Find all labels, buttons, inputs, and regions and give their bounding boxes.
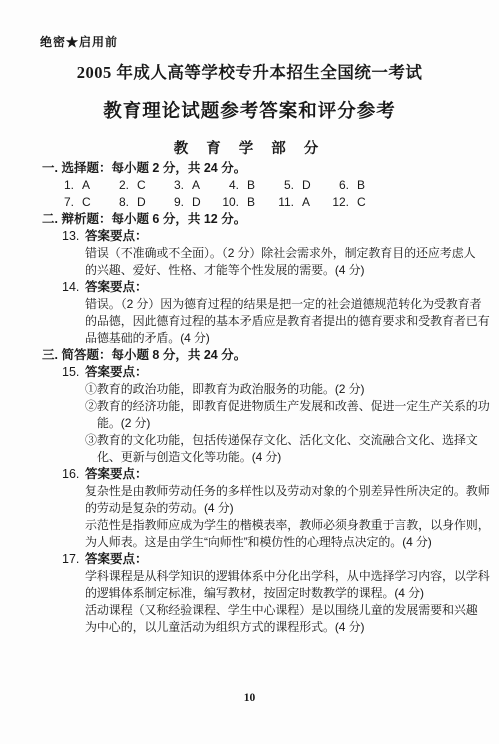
answer-letter: C: [82, 194, 91, 211]
answer-letter: B: [357, 177, 365, 194]
choice-answer: 3.A: [160, 177, 215, 194]
exam-answer-key-page: 绝密★启用前 2005 年成人高等学校专升本招生全国统一考试 教育理论试题参考答…: [0, 0, 499, 744]
answer-line: 错误。（2 分）因为德育过程的结果是把一定的社会道德规范转化为受教育者: [85, 296, 499, 313]
choice-answer: 10.B: [215, 194, 270, 211]
page-number: 10: [0, 692, 499, 704]
answer-line: 复杂性是由教师劳动任务的多样性以及劳动对象的个别差异性所决定的。教师: [85, 483, 499, 500]
answer-key-title: 教育理论试题参考答案和评分参考: [0, 97, 499, 123]
section-heading-analysis: 二. 辩析题：每小题 6 分，共 12 分。: [0, 211, 499, 228]
answer-item-15: 15.答案要点： ①教育的政治功能，即教育为政治服务的功能。(2 分) ②教育的…: [0, 364, 499, 466]
choice-answer: 2.C: [105, 177, 160, 194]
answer-line: 能。(2 分): [85, 415, 499, 432]
answer-number: 11.: [270, 194, 294, 211]
answer-item-17: 17.答案要点： 学科课程是从科学知识的逻辑体系中分化出学科，从中选择学习内容，…: [0, 551, 499, 636]
answer-number: 12.: [325, 194, 349, 211]
answer-line: 的兴趣、爱好、性格、才能等个性发展的需要。(4 分): [85, 262, 499, 279]
choice-answer: 1.A: [50, 177, 105, 194]
classification-label: 绝密★启用前: [40, 33, 118, 50]
choice-answers-grid: 1.A 2.C 3.A 4.B 5.D 6.B 7.C 8.D 9.D 10.B…: [0, 177, 499, 211]
item-body: 复杂性是由教师劳动任务的多样性以及劳动对象的个别差异性所决定的。教师 的劳动是复…: [0, 483, 499, 551]
answer-line: 为中心的，以儿童活动为组织方式的课程形式。(4 分): [85, 619, 499, 636]
answer-item-13: 13.答案要点： 错误（不准确或不全面）。（2 分）除社会需求外，制定教育目的还…: [0, 228, 499, 279]
answer-number: 8.: [105, 194, 129, 211]
exam-title: 2005 年成人高等学校专升本招生全国统一考试: [0, 59, 499, 83]
document-body: 一. 选择题：每小题 2 分，共 24 分。 1.A 2.C 3.A 4.B 5…: [0, 160, 499, 636]
answer-item-14: 14.答案要点： 错误。（2 分）因为德育过程的结果是把一定的社会道德规范转化为…: [0, 279, 499, 347]
item-number: 14.: [62, 279, 85, 296]
item-label: 答案要点：: [85, 229, 148, 243]
answer-line: 的品德，因此德育过程的基本矛盾应是教育者提出的德育要求和受教育者已有: [85, 313, 499, 330]
choice-answer: 5.D: [270, 177, 325, 194]
answer-line: ①教育的政治功能，即教育为政治服务的功能。(2 分): [85, 381, 499, 398]
answer-number: 1.: [50, 177, 74, 194]
part-title: 教 育 学 部 分: [0, 137, 499, 158]
answer-number: 10.: [215, 194, 239, 211]
item-number: 15.: [62, 364, 85, 381]
item-head: 17.答案要点：: [0, 551, 499, 568]
answer-letter: C: [137, 177, 146, 194]
answer-line: ③教育的文化功能，包括传递保存文化、活化文化、交流融合文化、选择文: [85, 432, 499, 449]
choice-answer: 8.D: [105, 194, 160, 211]
choice-answer: 4.B: [215, 177, 270, 194]
answer-line: 示范性是指教师应成为学生的楷模表率，教师必须身教重于言教，以身作则，: [85, 517, 499, 534]
answer-letter: C: [357, 194, 366, 211]
answer-number: 7.: [50, 194, 74, 211]
answer-line: 品德基础的矛盾。(4 分): [85, 330, 499, 347]
answer-line: 化、更新与创造文化等功能。(4 分): [85, 449, 499, 466]
item-head: 15.答案要点：: [0, 364, 499, 381]
answer-letter: A: [302, 194, 310, 211]
answer-line: 的逻辑体系制定标准，编写教材，按固定时数教学的课程。(4 分): [85, 585, 499, 602]
item-number: 13.: [62, 228, 85, 245]
answer-letter: A: [192, 177, 200, 194]
item-label: 答案要点：: [85, 552, 148, 566]
section-heading-choice: 一. 选择题：每小题 2 分，共 24 分。: [0, 160, 499, 177]
choice-answers-row-2: 7.C 8.D 9.D 10.B 11.A 12.C: [50, 194, 499, 211]
answer-number: 6.: [325, 177, 349, 194]
item-label: 答案要点：: [85, 467, 148, 481]
item-label: 答案要点：: [85, 280, 148, 294]
choice-answers-row-1: 1.A 2.C 3.A 4.B 5.D 6.B: [50, 177, 499, 194]
answer-number: 3.: [160, 177, 184, 194]
item-number: 17.: [62, 551, 85, 568]
item-body: 错误。（2 分）因为德育过程的结果是把一定的社会道德规范转化为受教育者 的品德，…: [0, 296, 499, 347]
answer-line: 学科课程是从科学知识的逻辑体系中分化出学科，从中选择学习内容，以学科: [85, 568, 499, 585]
item-head: 14.答案要点：: [0, 279, 499, 296]
choice-answer: 11.A: [270, 194, 325, 211]
answer-number: 9.: [160, 194, 184, 211]
answer-letter: D: [192, 194, 201, 211]
answer-letter: D: [137, 194, 146, 211]
answer-letter: A: [82, 177, 90, 194]
item-number: 16.: [62, 466, 85, 483]
item-head: 13.答案要点：: [0, 228, 499, 245]
answer-line: ②教育的经济功能，即教育促进物质生产发展和改善、促进一定生产关系的功: [85, 398, 499, 415]
item-body: 错误（不准确或不全面）。（2 分）除社会需求外，制定教育目的还应考虑人 的兴趣、…: [0, 245, 499, 279]
answer-number: 4.: [215, 177, 239, 194]
item-head: 16.答案要点：: [0, 466, 499, 483]
answer-number: 5.: [270, 177, 294, 194]
choice-answer: 6.B: [325, 177, 380, 194]
answer-letter: B: [247, 177, 255, 194]
item-body: 学科课程是从科学知识的逻辑体系中分化出学科，从中选择学习内容，以学科 的逻辑体系…: [0, 568, 499, 636]
item-label: 答案要点：: [85, 365, 148, 379]
item-body: ①教育的政治功能，即教育为政治服务的功能。(2 分) ②教育的经济功能，即教育促…: [0, 381, 499, 466]
answer-letter: B: [247, 194, 255, 211]
choice-answer: 12.C: [325, 194, 380, 211]
answer-item-16: 16.答案要点： 复杂性是由教师劳动任务的多样性以及劳动对象的个别差异性所决定的…: [0, 466, 499, 551]
answer-number: 2.: [105, 177, 129, 194]
answer-line: 为人师表。这是由学生“向师性”和模仿性的心理特点决定的。(4 分): [85, 534, 499, 551]
answer-line: 的劳动是复杂的劳动。(4 分): [85, 500, 499, 517]
answer-line: 错误（不准确或不全面）。（2 分）除社会需求外，制定教育目的还应考虑人: [85, 245, 499, 262]
answer-line: 活动课程（又称经验课程、学生中心课程）是以围绕儿童的发展需要和兴趣: [85, 602, 499, 619]
choice-answer: 7.C: [50, 194, 105, 211]
answer-letter: D: [302, 177, 311, 194]
choice-answer: 9.D: [160, 194, 215, 211]
section-heading-short-answer: 三. 简答题：每小题 8 分，共 24 分。: [0, 347, 499, 364]
